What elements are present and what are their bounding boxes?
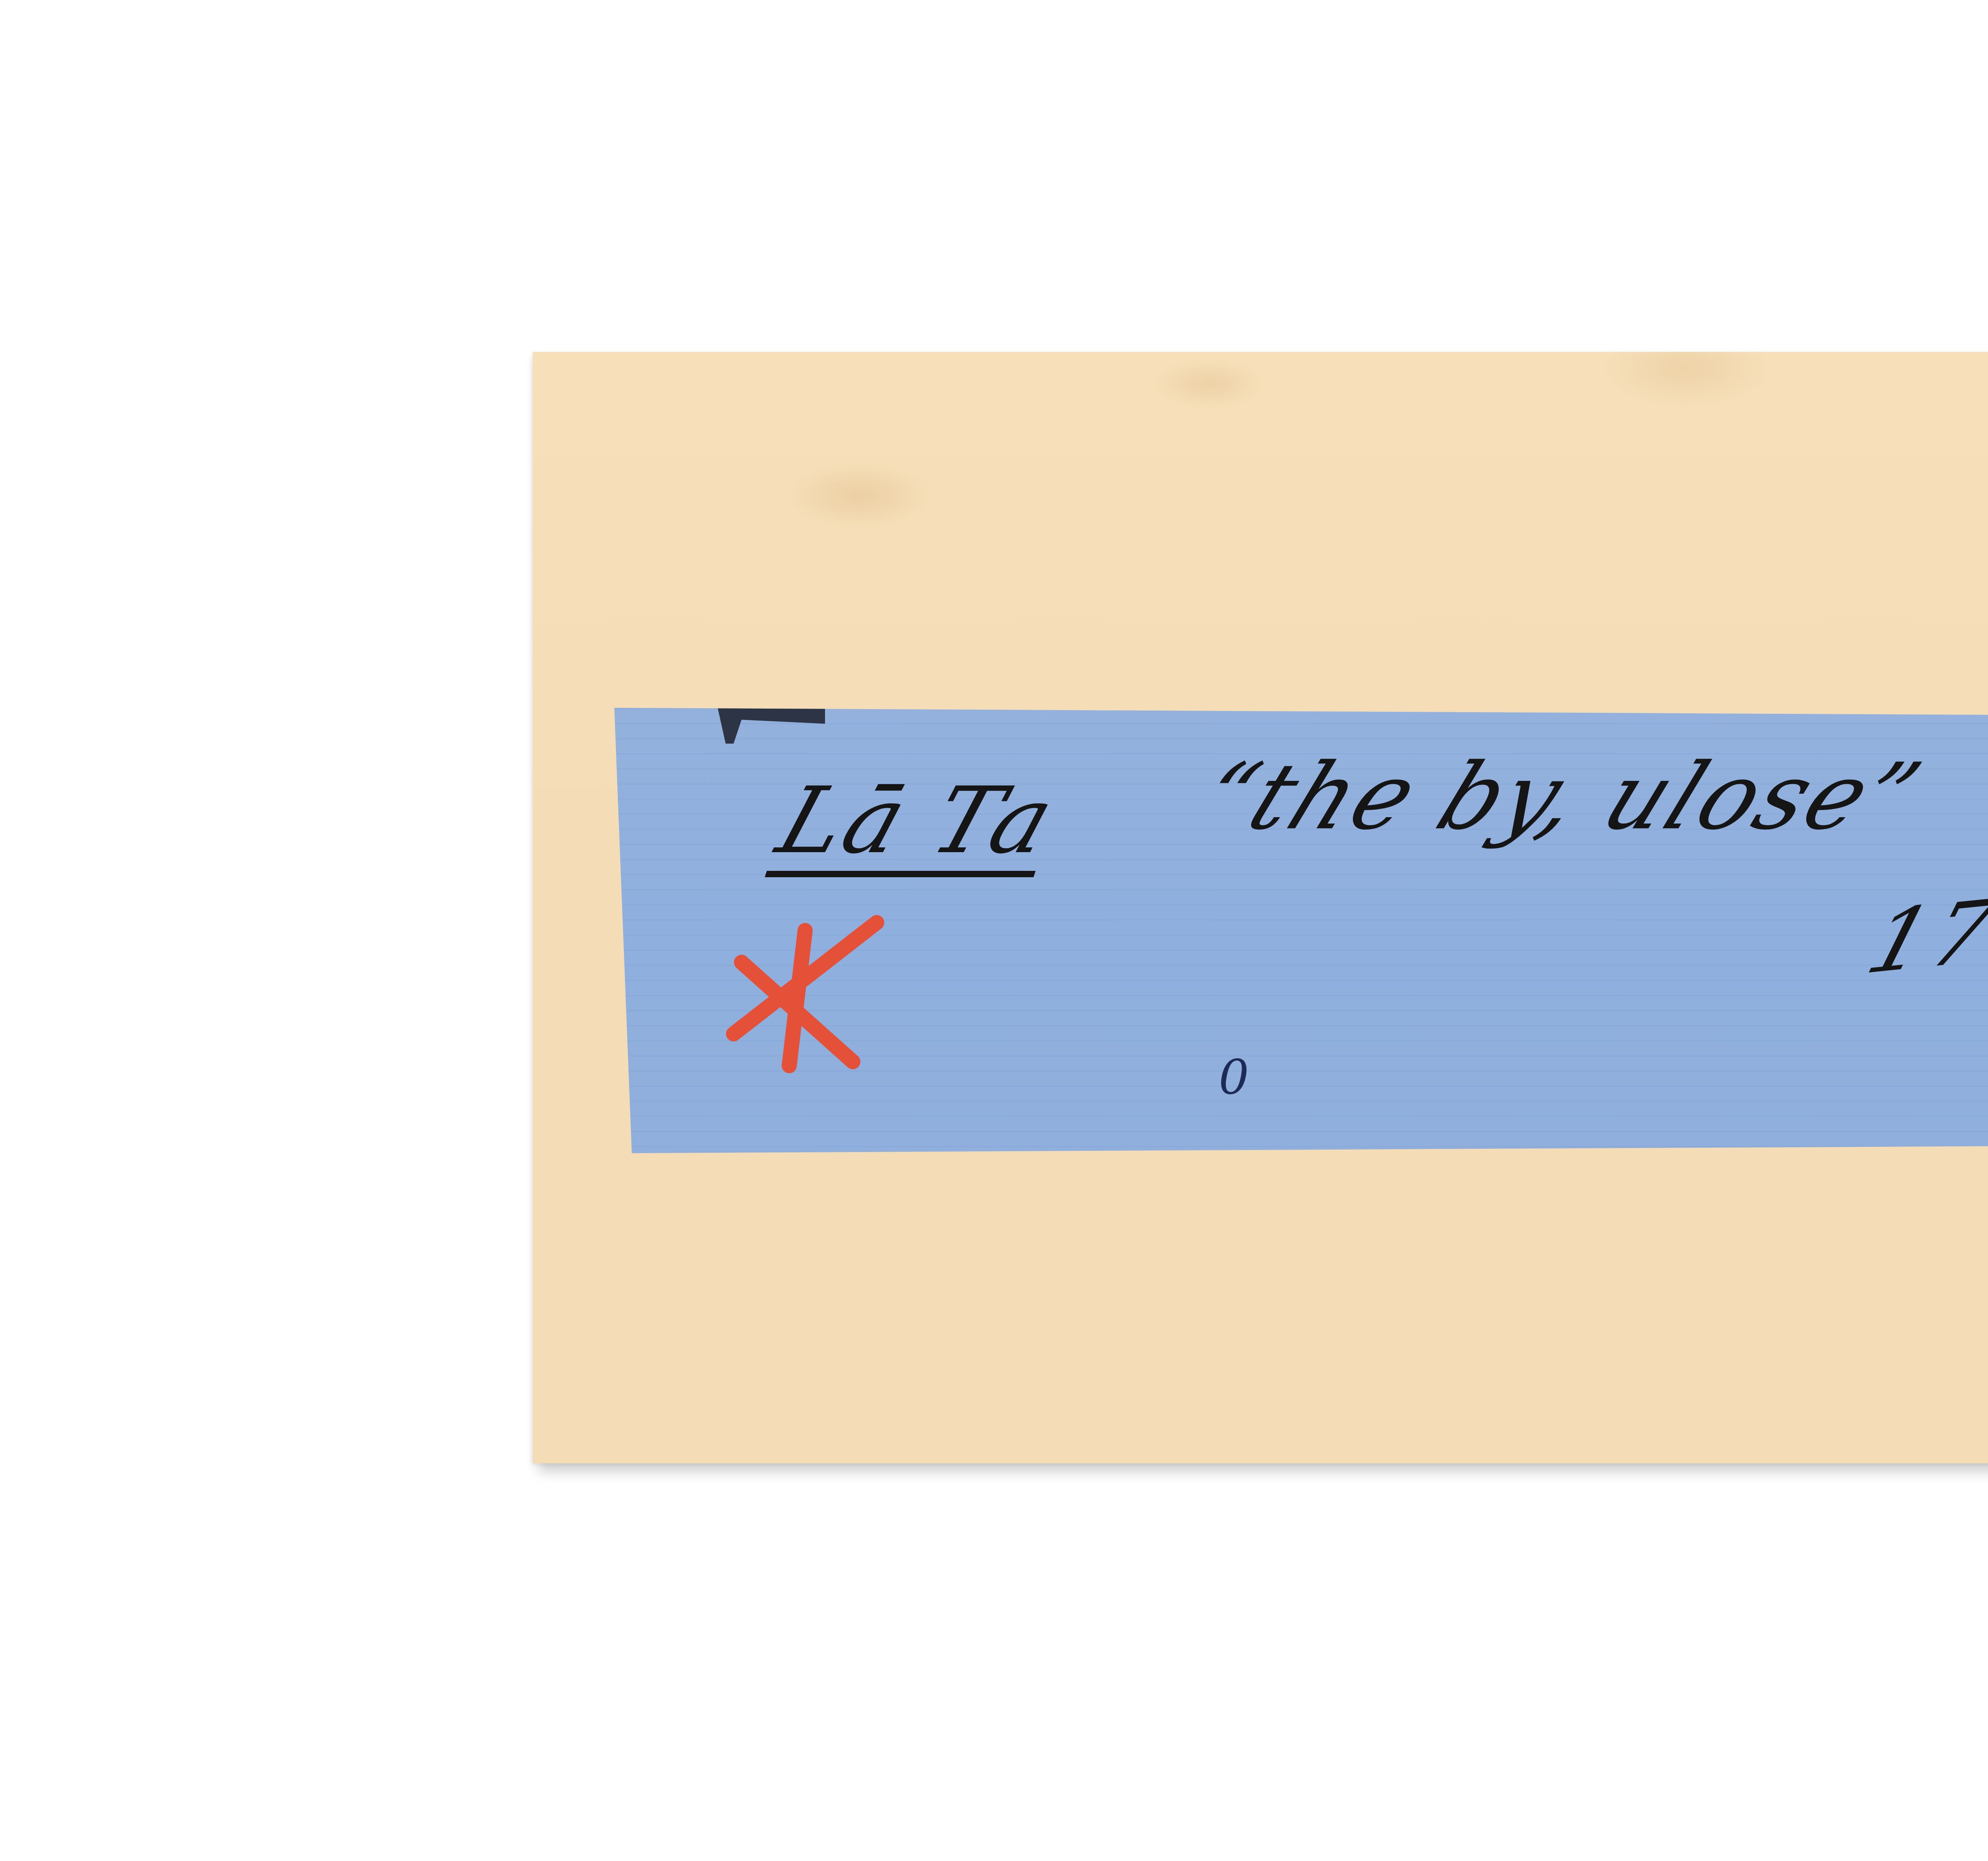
ink-corner-mark-icon <box>718 708 825 744</box>
handwritten-number: 1794/19 <box>1858 859 1988 987</box>
handwritten-quoted-text: “the by, ulose” <box>1188 752 1934 843</box>
small-ink-mark: 0 <box>1219 1054 1249 1101</box>
red-x-mark-icon <box>718 915 885 1082</box>
blue-paper-label: Lā Ta “the by, ulose” 1794/19 0 <box>614 708 1988 1153</box>
handwritten-title: Lā Ta <box>765 775 1066 877</box>
